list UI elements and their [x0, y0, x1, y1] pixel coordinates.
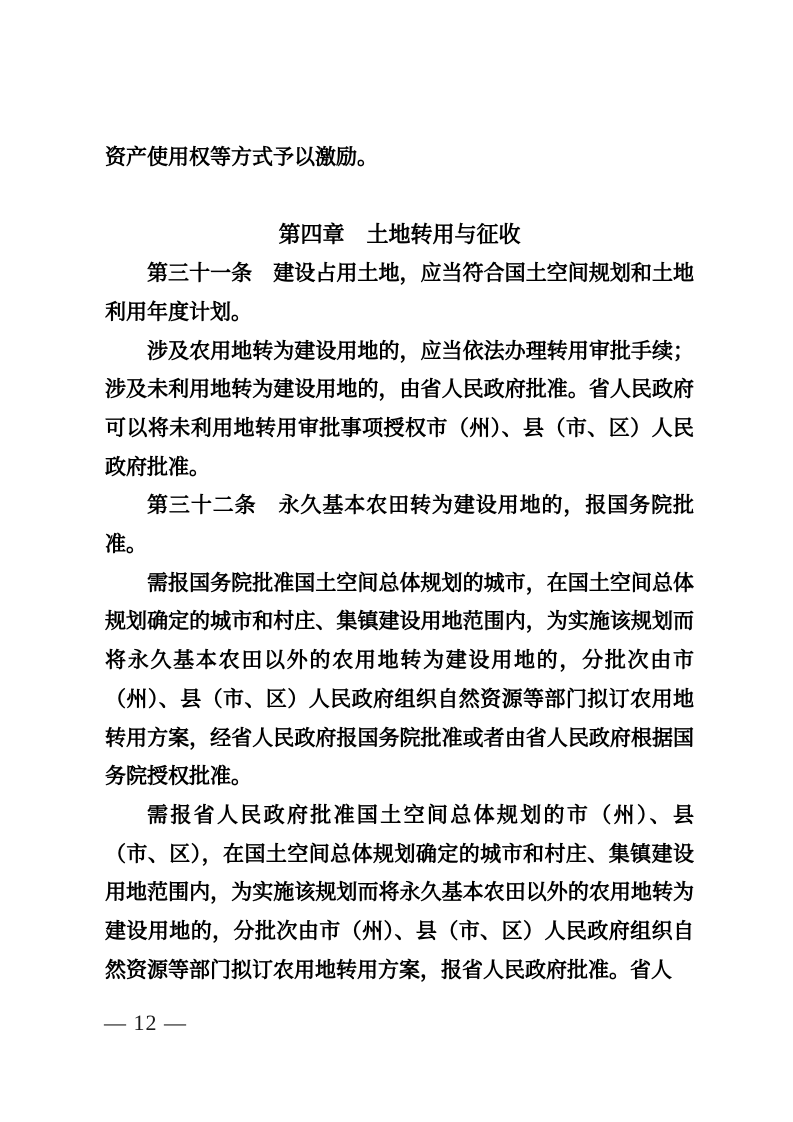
document-page: 资产使用权等方式予以激励。 第四章 土地转用与征收 第三十一条 建设占用土地，应… — [0, 0, 793, 1122]
page-number: — 12 — — [104, 1010, 187, 1036]
paragraph-provincial-approval: 需报省人民政府批准国土空间总体规划的市（州）、县（市、区），在国土空间总体规划确… — [105, 797, 694, 991]
chapter-heading: 第四章 土地转用与征收 — [105, 216, 694, 255]
paragraph-article-31: 第三十一条 建设占用土地，应当符合国土空间规划和土地利用年度计划。 — [105, 255, 694, 332]
page-content: 资产使用权等方式予以激励。 第四章 土地转用与征收 第三十一条 建设占用土地，应… — [105, 139, 694, 990]
paragraph-state-council-approval: 需报国务院批准国土空间总体规划的城市，在国土空间总体规划确定的城市和村庄、集镇建… — [105, 565, 694, 797]
paragraph-continuation: 资产使用权等方式予以激励。 — [105, 139, 694, 178]
paragraph-transfer-approval: 涉及农用地转为建设用地的，应当依法办理转用审批手续；涉及未利用地转为建设用地的，… — [105, 333, 694, 488]
paragraph-article-32: 第三十二条 永久基本农田转为建设用地的，报国务院批准。 — [105, 487, 694, 564]
